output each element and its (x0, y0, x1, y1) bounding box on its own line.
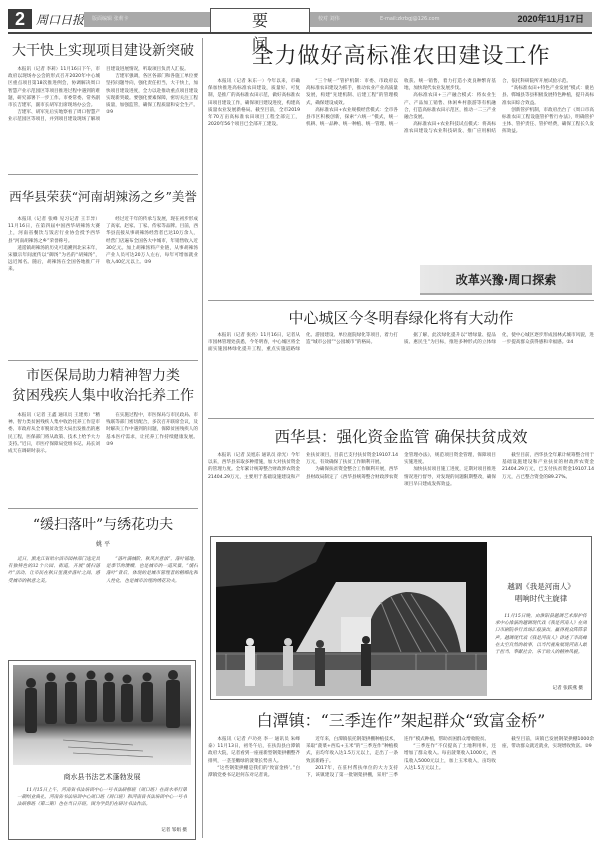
photo-box-opera: 越调《我是河南人》 唱响时代主旋律 11月15日晚，由淮阳县越调艺术保护传承中心… (210, 536, 592, 700)
paragraph: 高标准农田+三产融合模式：将农业生产、产品加工销售、休闲乡村旅游等有机融合，打造… (404, 92, 496, 121)
paragraph: 在实施过程中，市医保局与市民政局、市残联等部门密切配合，多次召开联席会议，及时解… (106, 412, 198, 448)
paragraph: 本报讯（记者 张峰 见习记者 王丰异）11月16日，在第四届中国西华胡辣汤大赛上… (8, 216, 100, 245)
divider (208, 418, 594, 419)
headline-line2: 贫困残疾人集中收治托养工作 (8, 386, 198, 406)
email-line: E-mail:zkrbgj@126.com (380, 12, 440, 27)
article-project-breakthrough: 大干快上实现项目建设新突破 本报讯（记者 李莉）11月16日下午，市政府以现场办… (8, 40, 198, 174)
article-body: 本报讯（记者 吴旭东 通讯员 徐光）今年以来，西华县采取多种措施，加大对扶贫资金… (208, 452, 594, 530)
paragraph: 本报讯（记者 张亮）11月16日，记者从市园林管理处获悉，今冬明春，中心城区将全… (208, 332, 398, 354)
paragraph: 本报讯（记者 李莉）11月16日下午，市政府以现场办公会的形式召开2020年中心… (8, 66, 100, 109)
info-bar: 校对 刘伟 E-mail:zkrbgj@126.com 2020年11月17日 (310, 12, 592, 27)
paragraph: “这些钢架拱棚是我们的‘致富金桥’。”白潭镇党委书记赵何东对记者说。 (208, 765, 300, 779)
paragraph: 截至目前，该镇已发展钢架拱棚1000余座，带动群众就近就业，实现增收致富。②9 (502, 736, 594, 750)
headline: 中心城区今冬明春绿化将有大动作 (208, 306, 594, 330)
stage-scene-icon (216, 542, 487, 696)
paragraph: 创新管护机制，市政府出台了《周口市高标准农田工程设施管护暂行办法》，明确管护主体… (502, 107, 594, 136)
photo-caption-title: 商水县书法艺术蓬勃发展 (13, 771, 191, 783)
divider (8, 174, 198, 175)
article-body: 本报讯（记者 张亮）11月16日，记者从市园林管理处获悉，今冬明春，中心城区将全… (208, 332, 594, 412)
article-body: 近日，黑龙江省哈尔滨市园林部门选定具有独特色的32个公园、街道，开展“缓扫落叶”… (8, 556, 198, 644)
article-hulatang: 西华县荣获“河南胡辣汤之乡”美誉 本报讯（记者 张峰 见习记者 王丰异）11月1… (8, 186, 198, 344)
paragraph: 加快扶贫项目施工进度，定期对项目推进情况进行督导，对发现的问题限期整改，确保项目… (404, 466, 496, 488)
photo-caption-body: 11月15日晚，由淮阳县越调艺术保护传承中心排演的越调现代戏《我是河南人》在周口… (495, 613, 587, 685)
paragraph: 近年来，白潭镇依托钢架拱棚种植技术，采取“菠菜+西瓜+玉米”的“三季连作”种植模… (306, 736, 398, 765)
author-byline: 姚 平 (8, 540, 198, 550)
calligraphy-photo (13, 665, 191, 765)
divider (8, 360, 198, 361)
article-xihua-funds: 西华县：强化资金监管 确保扶贫成效 本报讯（记者 吴旭东 通讯员 徐光）今年以来… (208, 424, 594, 530)
paragraph: “高标准农田+特色产业发展”模式：鹿邑县、郸城县等县积极发展特色种植，提升高标准… (502, 85, 594, 107)
opera-stage-photo (216, 542, 487, 696)
headline: 全力做好高标准农田建设工作 (208, 40, 594, 74)
paragraph: 截至目前，西华县全年累计统筹整合用于基础设施建设和产业扶贫的财政涉农资金2140… (502, 452, 594, 481)
paper-name-logo: 周口日报 (36, 11, 84, 28)
masthead-rule (8, 32, 592, 34)
paragraph: 本报讯（记者 王鑫 通讯员 王建勇）“精神、智力类贫困残疾人集中收治托养工作是市… (8, 412, 100, 455)
paragraph: 据了解，此次绿化提升以“增绿量、提品质、惠民生”为目标，推进多种形式的立体绿化，… (404, 332, 594, 354)
paragraph: 11月15日上午，河南省书法培训中心一号书法研修班（周口班）在商水举行第一期结业… (17, 787, 187, 809)
photo-credit: 记者 张跃燕 摄 (553, 685, 583, 691)
article-greening: 中心城区今冬明春绿化将有大动作 本报讯（记者 张亮）11月16日，记者从市园林管… (208, 306, 594, 412)
headline: 大干快上实现项目建设新突破 (8, 40, 198, 62)
photo-caption-title-line1: 越调《我是河南人》 (493, 581, 589, 593)
paragraph: 经过近千年的传承与发展，现在初步形成了高家、赵家、丁家、侍家等品牌。目前，西华县… (106, 216, 198, 266)
editor-bar: 版面编辑 张莉卡 (84, 12, 210, 27)
masthead: 2 周口日报 版面编辑 张莉卡 要 闻 校对 刘伟 E-mail:zkrbgj@… (0, 0, 600, 34)
article-medical-insurance: 市医保局助力精神智力类 贫困残疾人集中收治托养工作 本报讯（记者 王鑫 通讯员 … (8, 366, 198, 500)
headline: “缓扫落叶”与绣花功夫 (8, 512, 198, 538)
divider (8, 508, 198, 509)
paragraph: 吉建军强调，各区各部门和各施工单位要坚持问题导向，强化责任担当，大干快上，加快项… (106, 73, 198, 116)
article-body: 本报讯（记者 李莉）11月16日下午，市政府以现场办公会的形式召开2020年中心… (8, 66, 198, 174)
paragraph: “三个统一”管护机制：市委、市政府以高标准农田建设为抓手，推动农业产业高质量发展… (306, 78, 398, 107)
page-number: 2 (8, 9, 32, 29)
headline: 西华县荣获“河南胡辣汤之乡”美誉 (8, 186, 198, 208)
paragraph: 近日，黑龙江省哈尔滨市园林部门选定具有独特色的32个公园、街道，开展“缓扫落叶”… (8, 556, 100, 585)
proofread-line: 校对 刘伟 (318, 16, 340, 22)
paragraph: “落叶满城阶，秋风共意浓”，落叶铺地，是季节的馈赠，也是城市的一道风景。“缓扫落… (106, 556, 198, 585)
paragraph: 本报讯（记者 朱东一）今年以来，市确保加快推进高标准农田建设，质量好、可复制，是… (208, 78, 300, 128)
photo-caption-title-line2: 唱响时代主旋律 (493, 593, 589, 605)
article-body: 本报讯（记者 朱东一）今年以来，市确保加快推进高标准农田建设，质量好、可复制，是… (208, 78, 594, 288)
headline-line1: 市医保局助力精神智力类 (8, 366, 198, 386)
paragraph: 逍遥镇胡辣汤的历史可追溯到北宋末年，宋徽宗年间流传以“御汤”为名的“胡辣汤”，远… (8, 245, 100, 274)
article-body: 本报讯（记者 卢功亮 李一 通讯员 朱峰泰）11月13日，初冬午后，在扶沟县白潭… (208, 736, 594, 840)
photo-caption-body: 11月15日上午，河南省书法培训中心一号书法研修班（周口班）在商水举行第一期结业… (17, 787, 187, 827)
headline: 西华县：强化资金监管 确保扶贫成效 (208, 424, 594, 450)
divider (208, 300, 594, 301)
article-farmland: 全力做好高标准农田建设工作 本报讯（记者 朱东一）今年以来，市确保加快推进高标准… (208, 40, 594, 288)
photo-credit: 记者 邹娟 摄 (161, 827, 187, 833)
people-silhouettes-icon (13, 665, 191, 765)
photo-box-calligraphy: 商水县书法艺术蓬勃发展 11月15日上午，河南省书法培训中心一号书法研修班（周口… (8, 660, 196, 840)
article-body: 本报讯（记者 张峰 见习记者 王丰异）11月16日，在第四届中国西华胡辣汤大赛上… (8, 216, 198, 344)
article-body: 本报讯（记者 王鑫 通讯员 王建勇）“精神、智力类贫困残疾人集中收治托养工作是市… (8, 412, 198, 500)
paragraph: 11月15日晚，由淮阳县越调艺术保护传承中心排演的越调现代戏《我是河南人》在周口… (495, 613, 587, 656)
article-baitan: 白潭镇：“三季连作”架起群众“致富金桥” 本报讯（记者 卢功亮 李一 通讯员 朱… (208, 708, 594, 840)
issue-date: 2020年11月17日 (517, 12, 584, 27)
headline: 白潭镇：“三季连作”架起群众“致富金桥” (208, 708, 594, 734)
section-title: 要 闻 (210, 8, 310, 33)
paragraph: 本报讯（记者 卢功亮 李一 通讯员 朱峰泰）11月13日，初冬午后，在扶沟县白潭… (208, 736, 300, 765)
paragraph: “三季连作”不仅提高了土地利用率，还增加了群众收入。每亩菠菜收入1000元，西瓜… (404, 743, 496, 772)
editor-line: 版面编辑 张莉卡 (92, 16, 129, 22)
reform-banner: 改革兴豫·周口探索 (420, 265, 592, 295)
column-divider (202, 38, 203, 838)
article-essay: “缓扫落叶”与绣花功夫 姚 平 近日，黑龙江省哈尔滨市园林部门选定具有独特色的3… (8, 512, 198, 644)
